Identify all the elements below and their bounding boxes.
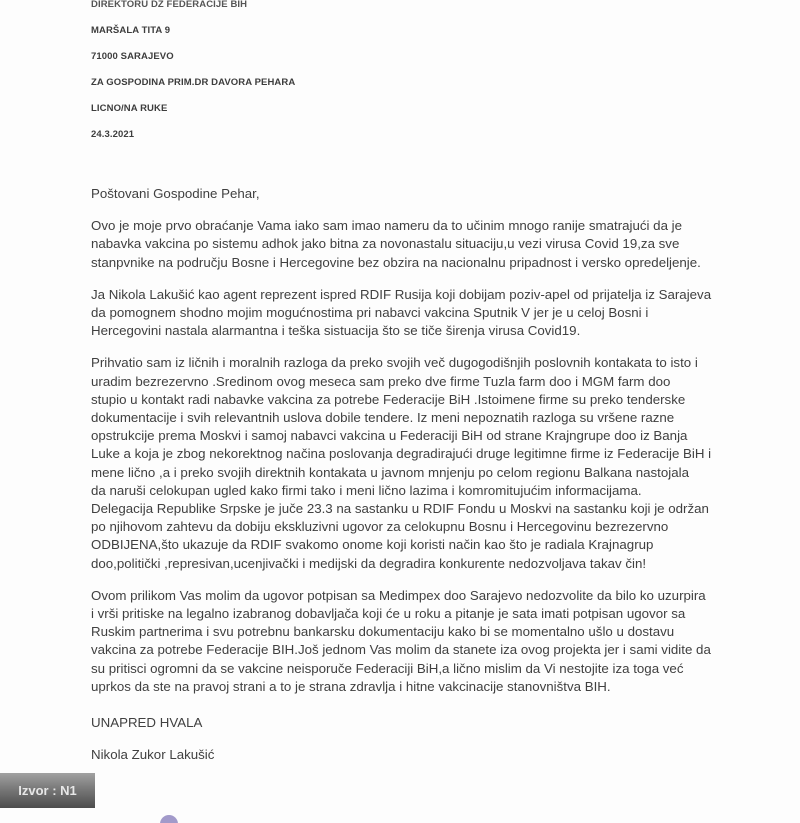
paragraph-line: uradim bezrezervno .Sredinom ovog meseca… bbox=[91, 373, 791, 391]
paragraph-line: Luke a koja je zbog nekorektnog načina p… bbox=[91, 445, 791, 463]
paragraph-agent: Ja Nikola Lakušić kao agent reprezent is… bbox=[91, 286, 791, 341]
recipient-street: MARŠALA TITA 9 bbox=[91, 18, 295, 44]
recipient-institution: DIREKTORU DZ FEDERACIJE BIH bbox=[91, 0, 295, 18]
paragraph-line: Ovom prilikom Vas molim da ugovor potpis… bbox=[91, 587, 791, 605]
paragraph-line: su pritisci ogromni da se vakcine neispo… bbox=[91, 660, 791, 678]
paragraph-line: da naruši celokupan ugled kako firmi tak… bbox=[91, 482, 791, 500]
paragraph-line: stupio u kontakt radi nabavke vakcina za… bbox=[91, 391, 791, 409]
paragraph-line: Ovo je moje prvo obraćanje Vama iako sam… bbox=[91, 217, 791, 235]
paragraph-line: po njihovom zahtevu da dobiju ekskluzivn… bbox=[91, 518, 791, 536]
paragraph-line: nabavka vakcina po sistemu adhok jako bi… bbox=[91, 235, 791, 253]
letter-date: 24.3.2021 bbox=[91, 122, 295, 148]
paragraph-line: da pomognem shodno mojim mogućnostima pr… bbox=[91, 304, 791, 322]
paragraph-details: Prihvatio sam iz ličnih i moralnih razlo… bbox=[91, 354, 791, 572]
paragraph-line: vakcina za potrebe Federacije BIH.Još je… bbox=[91, 641, 791, 659]
paragraph-line: i vrši pritiske na legalno izabranog dob… bbox=[91, 605, 791, 623]
paragraph-line: opstrukcije prema Moskvi i samoj nabavci… bbox=[91, 427, 791, 445]
paragraph-line: mene lično ,a i preko svojih direktnih k… bbox=[91, 464, 791, 482]
paragraph-line: stanpvnike na području Bosne i Hercegovi… bbox=[91, 254, 791, 272]
paragraph-line: doo,politički ,represivan,ucenjivački i … bbox=[91, 555, 791, 573]
paragraph-line: Ja Nikola Lakušić kao agent reprezent is… bbox=[91, 286, 791, 304]
salutation: Poštovani Gospodine Pehar, bbox=[91, 185, 791, 203]
recipient-city: 71000 SARAJEVO bbox=[91, 44, 295, 70]
letter-body: Poštovani Gospodine Pehar, Ovo je moje p… bbox=[91, 185, 791, 764]
paragraph-line: Hercegovini nastala alarmantna i teška s… bbox=[91, 322, 791, 340]
scanned-letter: DIREKTORU DZ FEDERACIJE BIH MARŠALA TITA… bbox=[0, 0, 800, 823]
paragraph-line: Prihvatio sam iz ličnih i moralnih razlo… bbox=[91, 354, 791, 372]
letter-closing: UNAPRED HVALA bbox=[91, 714, 791, 732]
paragraph-line: ODBIJENA,što ukazuje da RDIF svakomo ono… bbox=[91, 536, 791, 554]
recipient-person: ZA GOSPODINA PRIM.DR DAVORA PEHARA bbox=[91, 70, 295, 96]
paragraph-intro: Ovo je moje prvo obraćanje Vama iako sam… bbox=[91, 217, 791, 272]
paragraph-line: uprkos da ste na pravoj strani a to je s… bbox=[91, 678, 791, 696]
source-watermark: Izvor : N1 bbox=[0, 773, 95, 808]
paragraph-line: Delegacija Republike Srpske je juče 23.3… bbox=[91, 500, 791, 518]
paragraph-line: dokumentacije i svih relevantnih uslova … bbox=[91, 409, 791, 427]
letter-address-block: DIREKTORU DZ FEDERACIJE BIH MARŠALA TITA… bbox=[91, 0, 295, 148]
letter-signature: Nikola Zukor Lakušić bbox=[91, 746, 791, 764]
paragraph-request: Ovom prilikom Vas molim da ugovor potpis… bbox=[91, 587, 791, 696]
stamp-mark bbox=[160, 815, 178, 823]
paragraph-line: Ruskim partnerima i svu potrebnu bankars… bbox=[91, 623, 791, 641]
delivery-note: LICNO/NA RUKE bbox=[91, 96, 295, 122]
